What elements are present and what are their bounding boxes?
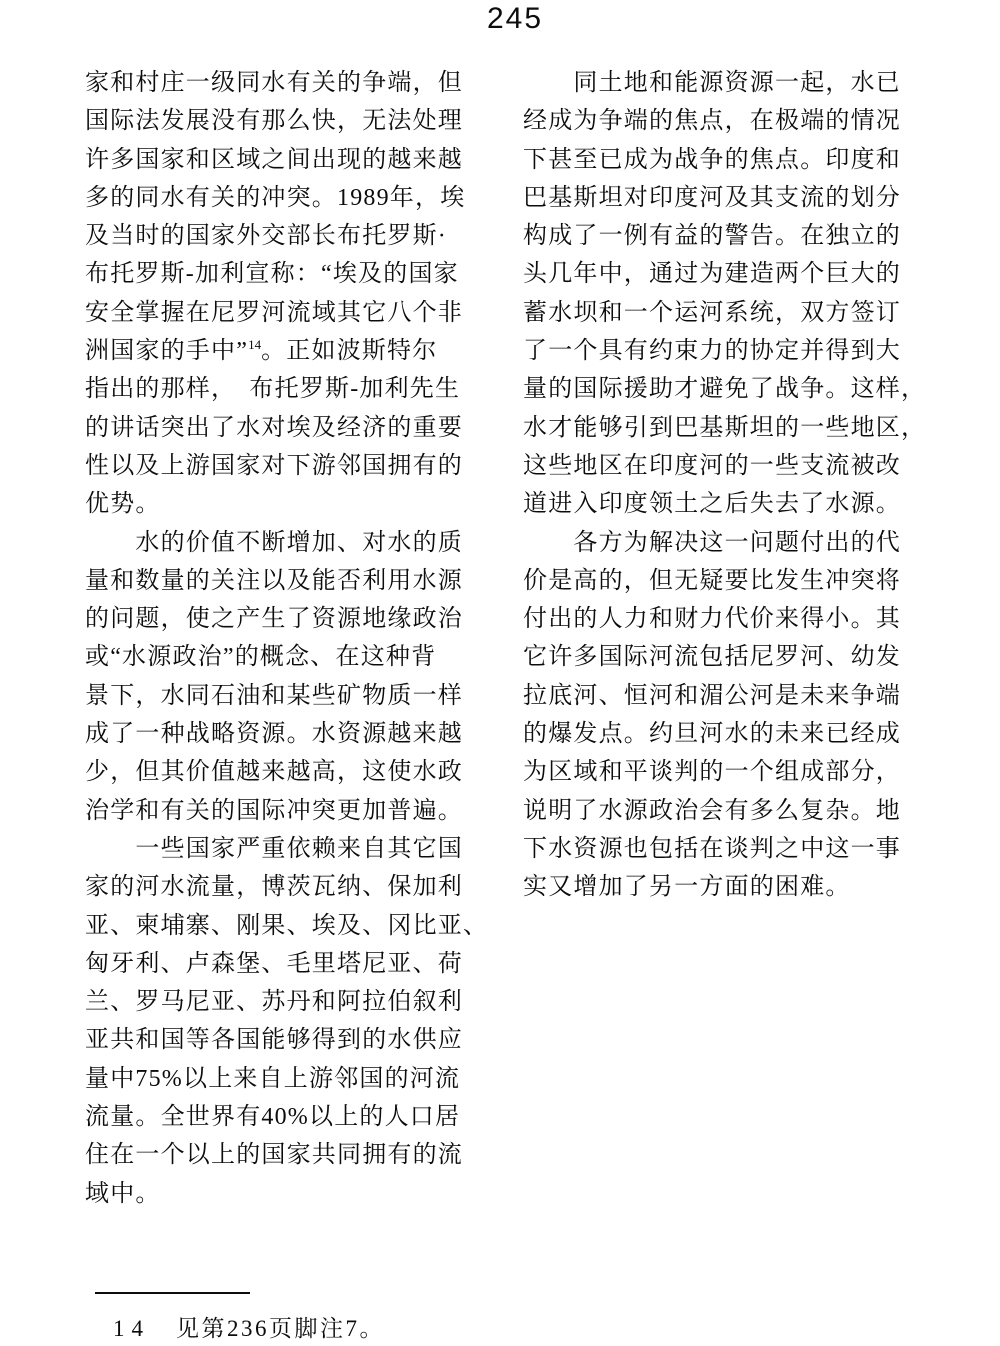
text-line: 景下，水同石油和某些矿物质一样 xyxy=(85,677,505,715)
footnote-text: 见第236页脚注7。 xyxy=(176,1316,385,1341)
text-line: 匈牙利、卢森堡、毛里塔尼亚、荷 xyxy=(85,945,505,983)
text-line: 为区域和平谈判的一个组成部分， xyxy=(523,753,953,791)
text-line: 布托罗斯-加利宣称：“埃及的国家 xyxy=(85,255,505,293)
text-segment: 。正如波斯特尔 xyxy=(261,338,437,364)
text-line: 域中。 xyxy=(85,1175,505,1213)
text-line: 道进入印度领土之后失去了水源。 xyxy=(523,485,953,523)
text-line: 这些地区在印度河的一些支流被改 xyxy=(523,447,953,485)
text-line: 洲国家的手中”14。正如波斯特尔 xyxy=(85,332,505,370)
text-line: 安全掌握在尼罗河流域其它八个非 xyxy=(85,294,505,332)
text-line: 巴基斯坦对印度河及其支流的划分 xyxy=(523,179,953,217)
text-line: 量和数量的关注以及能否利用水源 xyxy=(85,562,505,600)
text-line: 水才能够引到巴基斯坦的一些地区， xyxy=(523,409,953,447)
text-line: 住在一个以上的国家共同拥有的流 xyxy=(85,1136,505,1174)
text-line: 量的国际援助才避免了战争。这样， xyxy=(523,370,953,408)
text-line: 家的河水流量，博茨瓦纳、保加利 xyxy=(85,868,505,906)
text-line: 流量。全世界有40%以上的人口居 xyxy=(85,1098,505,1136)
text-segment: 洲国家的手中” xyxy=(85,338,248,364)
text-line: 下甚至已成为战争的焦点。印度和 xyxy=(523,141,953,179)
text-line: 价是高的，但无疑要比发生冲突将 xyxy=(523,562,953,600)
text-line: 家和村庄一级同水有关的争端，但 xyxy=(85,64,505,102)
text-line: 成了一种战略资源。水资源越来越 xyxy=(85,715,505,753)
text-line: 了一个具有约束力的协定并得到大 xyxy=(523,332,953,370)
text-column-left: 家和村庄一级同水有关的争端，但国际法发展没有那么快，无法处理许多国家和区域之间出… xyxy=(85,64,505,1213)
text-line: 的爆发点。约旦河水的未来已经成 xyxy=(523,715,953,753)
text-line: 指出的那样， 布托罗斯-加利先生 xyxy=(85,370,505,408)
text-line: 下水资源也包括在谈判之中这一事 xyxy=(523,830,953,868)
text-line: 它许多国际河流包括尼罗河、幼发 xyxy=(523,638,953,676)
footnote-reference: 14 xyxy=(248,337,261,352)
text-line: 或“水源政治”的概念、在这种背 xyxy=(85,638,505,676)
text-line: 付出的人力和财力代价来得小。其 xyxy=(523,600,953,638)
text-line: 拉底河、恒河和湄公河是未来争端 xyxy=(523,677,953,715)
text-line: 性以及上游国家对下游邻国拥有的 xyxy=(85,447,505,485)
text-line: 的讲话突出了水对埃及经济的重要 xyxy=(85,409,505,447)
text-line: 一些国家严重依赖来自其它国 xyxy=(85,830,505,868)
text-line: 及当时的国家外交部长布托罗斯· xyxy=(85,217,505,255)
text-line: 优势。 xyxy=(85,485,505,523)
text-line: 亚共和国等各国能够得到的水供应 xyxy=(85,1021,505,1059)
text-line: 蓄水坝和一个运河系统，双方签订 xyxy=(523,294,953,332)
text-line: 说明了水源政治会有多么复杂。地 xyxy=(523,792,953,830)
text-line: 的问题，使之产生了资源地缘政治 xyxy=(85,600,505,638)
text-line: 经成为争端的焦点，在极端的情况 xyxy=(523,102,953,140)
text-line: 少，但其价值越来越高，这使水政 xyxy=(85,753,505,791)
page-number: 245 xyxy=(0,2,1000,36)
text-line: 许多国家和区域之间出现的越来越 xyxy=(85,141,505,179)
text-line: 构成了一例有益的警告。在独立的 xyxy=(523,217,953,255)
text-line: 水的价值不断增加、对水的质 xyxy=(85,524,505,562)
text-line: 多的同水有关的冲突。1989年，埃 xyxy=(85,179,505,217)
text-line: 各方为解决这一问题付出的代 xyxy=(523,524,953,562)
text-column-right: 同土地和能源资源一起，水已经成为争端的焦点，在极端的情况下甚至已成为战争的焦点。… xyxy=(523,64,953,907)
text-line: 治学和有关的国际冲突更加普遍。 xyxy=(85,792,505,830)
text-line: 实又增加了另一方面的困难。 xyxy=(523,868,953,906)
footnote: 14见第236页脚注7。 xyxy=(113,1312,385,1346)
text-line: 国际法发展没有那么快，无法处理 xyxy=(85,102,505,140)
footnote-number: 14 xyxy=(113,1316,150,1341)
book-page: 245 家和村庄一级同水有关的争端，但国际法发展没有那么快，无法处理许多国家和区… xyxy=(0,0,1000,1346)
text-line: 兰、罗马尼亚、苏丹和阿拉伯叙利 xyxy=(85,983,505,1021)
footnote-separator xyxy=(95,1292,250,1294)
text-line: 同土地和能源资源一起，水已 xyxy=(523,64,953,102)
text-line: 亚、柬埔寨、刚果、埃及、冈比亚、 xyxy=(85,907,505,945)
text-line: 量中75%以上来自上游邻国的河流 xyxy=(85,1060,505,1098)
text-line: 头几年中，通过为建造两个巨大的 xyxy=(523,255,953,293)
